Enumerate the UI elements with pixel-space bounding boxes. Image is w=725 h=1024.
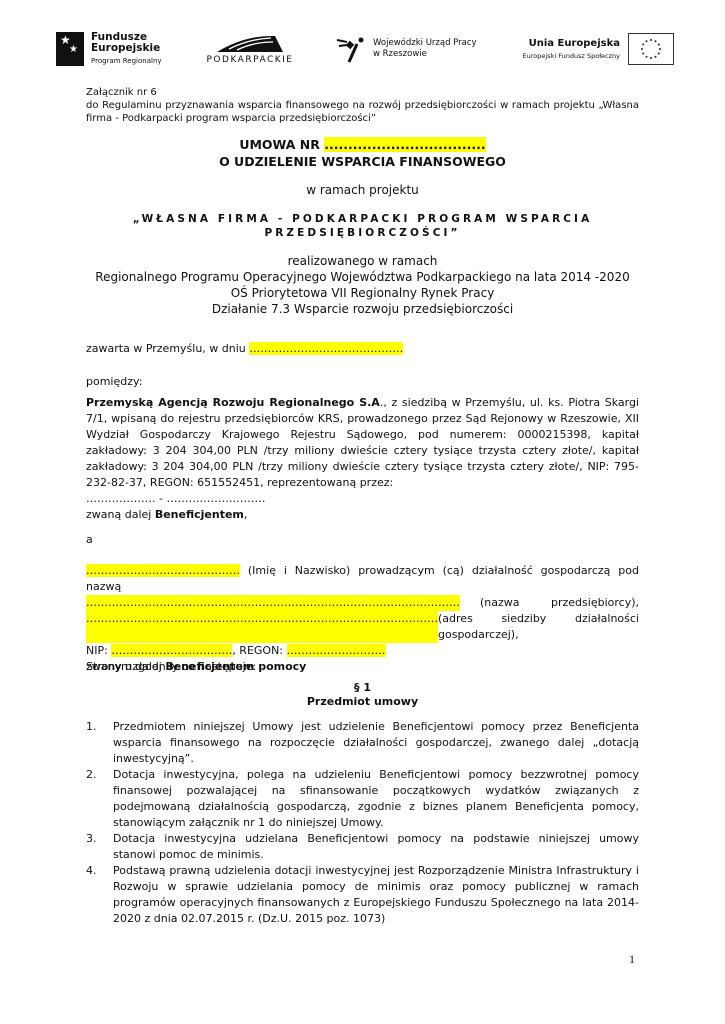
representative-field[interactable]: ………………. - ……………………… bbox=[86, 491, 639, 507]
annex-header: Załącznik nr 6 do Regulaminu przyznawani… bbox=[86, 86, 639, 125]
program-info: realizowanego w ramach Regionalnego Prog… bbox=[86, 253, 639, 317]
unia-europejska-logo: Unia Europejska Europejski Fundusz Społe… bbox=[510, 24, 690, 74]
party1-alias: zwaną dalej Beneficjentem, bbox=[86, 507, 639, 523]
nip-field[interactable]: …………………………… bbox=[111, 644, 232, 657]
place-date-line: zawarta w Przemyślu, w dniu ………………………………… bbox=[86, 341, 639, 357]
list-item-number: 2. bbox=[86, 767, 113, 831]
w-ramach-projektu: w ramach projektu bbox=[86, 183, 639, 197]
list-item-number: 4. bbox=[86, 863, 113, 927]
alias-label: zwaną dalej bbox=[86, 508, 155, 521]
contract-number-field[interactable]: .................................. bbox=[324, 137, 485, 152]
logo-text: Unia Europejska bbox=[510, 38, 620, 49]
list-item: 3. Dotacja inwestycyjna udzielana Benefi… bbox=[86, 831, 639, 863]
section1-list: 1. Przedmiotem niniejszej Umowy jest udz… bbox=[86, 719, 639, 927]
alias-bold: Beneficjentem bbox=[155, 508, 244, 521]
alias-end: , bbox=[244, 508, 248, 521]
logo-text: Fundusze bbox=[91, 32, 162, 43]
running-figure-icon bbox=[335, 32, 367, 66]
nip-label: NIP: bbox=[86, 644, 111, 657]
project-name: „WŁASNA FIRMA - PODKARPACKI PROGRAM WSPA… bbox=[86, 212, 639, 240]
annex-description: do Regulaminu przyznawania wsparcia fina… bbox=[86, 99, 639, 125]
company-name-field[interactable]: ………………………………………………………………………………………… bbox=[86, 595, 460, 611]
logo-bar: Fundusze Europejskie Program Regionalny … bbox=[50, 24, 690, 76]
party1-details: ., z siedzibą w Przemyślu, ul. ks. Piotr… bbox=[86, 396, 639, 489]
address-field[interactable]: …………………………………………………………………………………… bbox=[86, 611, 438, 643]
mountain-swoosh-icon bbox=[215, 33, 285, 53]
logo-text: Wojewódzki Urząd Pracy bbox=[373, 38, 477, 48]
regon-label: , REGON: bbox=[232, 644, 286, 657]
annex-number: Załącznik nr 6 bbox=[86, 86, 639, 99]
program-line: OŚ Priorytetowa VII Regionalny Rynek Pra… bbox=[86, 285, 639, 301]
place-label: zawarta w Przemyślu, w dniu bbox=[86, 342, 249, 355]
wup-rzeszow-logo: Wojewódzki Urząd Pracy w Rzeszowie bbox=[335, 24, 485, 74]
address-label: (adres siedziby działalności gospodarcze… bbox=[438, 611, 639, 643]
logo-text: Europejski Fundusz Społeczny bbox=[510, 52, 620, 60]
party1-name: Przemyską Agencją Rozwoju Regionalnego S… bbox=[86, 396, 380, 409]
list-item-number: 1. bbox=[86, 719, 113, 767]
list-item: 2. Dotacja inwestycyjna, polega na udzie… bbox=[86, 767, 639, 831]
list-item: 4. Podstawą prawną udzielenia dotacji in… bbox=[86, 863, 639, 927]
contract-subtitle: O UDZIELENIE WSPARCIA FINANSOWEGO bbox=[86, 153, 639, 171]
regon-field[interactable]: ……………………… bbox=[287, 644, 386, 657]
list-item-number: 3. bbox=[86, 831, 113, 863]
logo-text: PODKARPACKIE bbox=[207, 55, 294, 65]
party1-description: Przemyską Agencją Rozwoju Regionalnego S… bbox=[86, 395, 639, 523]
program-line: Działanie 7.3 Wsparcie rozwoju przedsięb… bbox=[86, 301, 639, 317]
fundusze-europejskie-logo: Fundusze Europejskie Program Regionalny bbox=[50, 24, 170, 74]
page-number: 1 bbox=[629, 952, 635, 967]
name-field[interactable]: …………………………………… bbox=[86, 564, 240, 577]
document-page: Fundusze Europejskie Program Regionalny … bbox=[0, 0, 725, 1024]
date-field[interactable]: …………………………………… bbox=[249, 342, 403, 355]
agreement-intro: Strony uzgodniły co następuje: bbox=[86, 659, 639, 675]
logo-text: Program Regionalny bbox=[91, 56, 162, 67]
list-item-text: Dotacja inwestycyjna, polega na udzielen… bbox=[113, 767, 639, 831]
program-line: realizowanego w ramach bbox=[86, 253, 639, 269]
list-item-text: Podstawą prawną udzielenia dotacji inwes… bbox=[113, 863, 639, 927]
pomiedzy-label: pomiędzy: bbox=[86, 374, 639, 390]
eu-flag-icon bbox=[628, 33, 674, 65]
section-title: Przedmiot umowy bbox=[86, 694, 639, 710]
list-item-text: Dotacja inwestycyjna udzielana Beneficje… bbox=[113, 831, 639, 863]
list-item: 1. Przedmiotem niniejszej Umowy jest udz… bbox=[86, 719, 639, 767]
star-flag-icon bbox=[56, 32, 84, 66]
program-line: Regionalnego Programu Operacyjnego Wojew… bbox=[86, 269, 639, 285]
conjunction-a: a bbox=[86, 532, 639, 548]
contract-title: UMOWA NR ...............................… bbox=[86, 136, 639, 154]
company-label: (nazwa przedsiębiorcy), bbox=[480, 595, 639, 611]
logo-text: w Rzeszowie bbox=[373, 49, 427, 59]
podkarpackie-logo: PODKARPACKIE bbox=[190, 24, 310, 74]
contract-number-label: UMOWA NR bbox=[239, 137, 324, 152]
project-name-line: „WŁASNA FIRMA - PODKARPACKI PROGRAM WSPA… bbox=[86, 212, 639, 226]
list-item-text: Przedmiotem niniejszej Umowy jest udziel… bbox=[113, 719, 639, 767]
project-name-line: PRZEDSIĘBIORCZOŚCI” bbox=[86, 226, 639, 240]
logo-text: Europejskie bbox=[91, 43, 162, 54]
